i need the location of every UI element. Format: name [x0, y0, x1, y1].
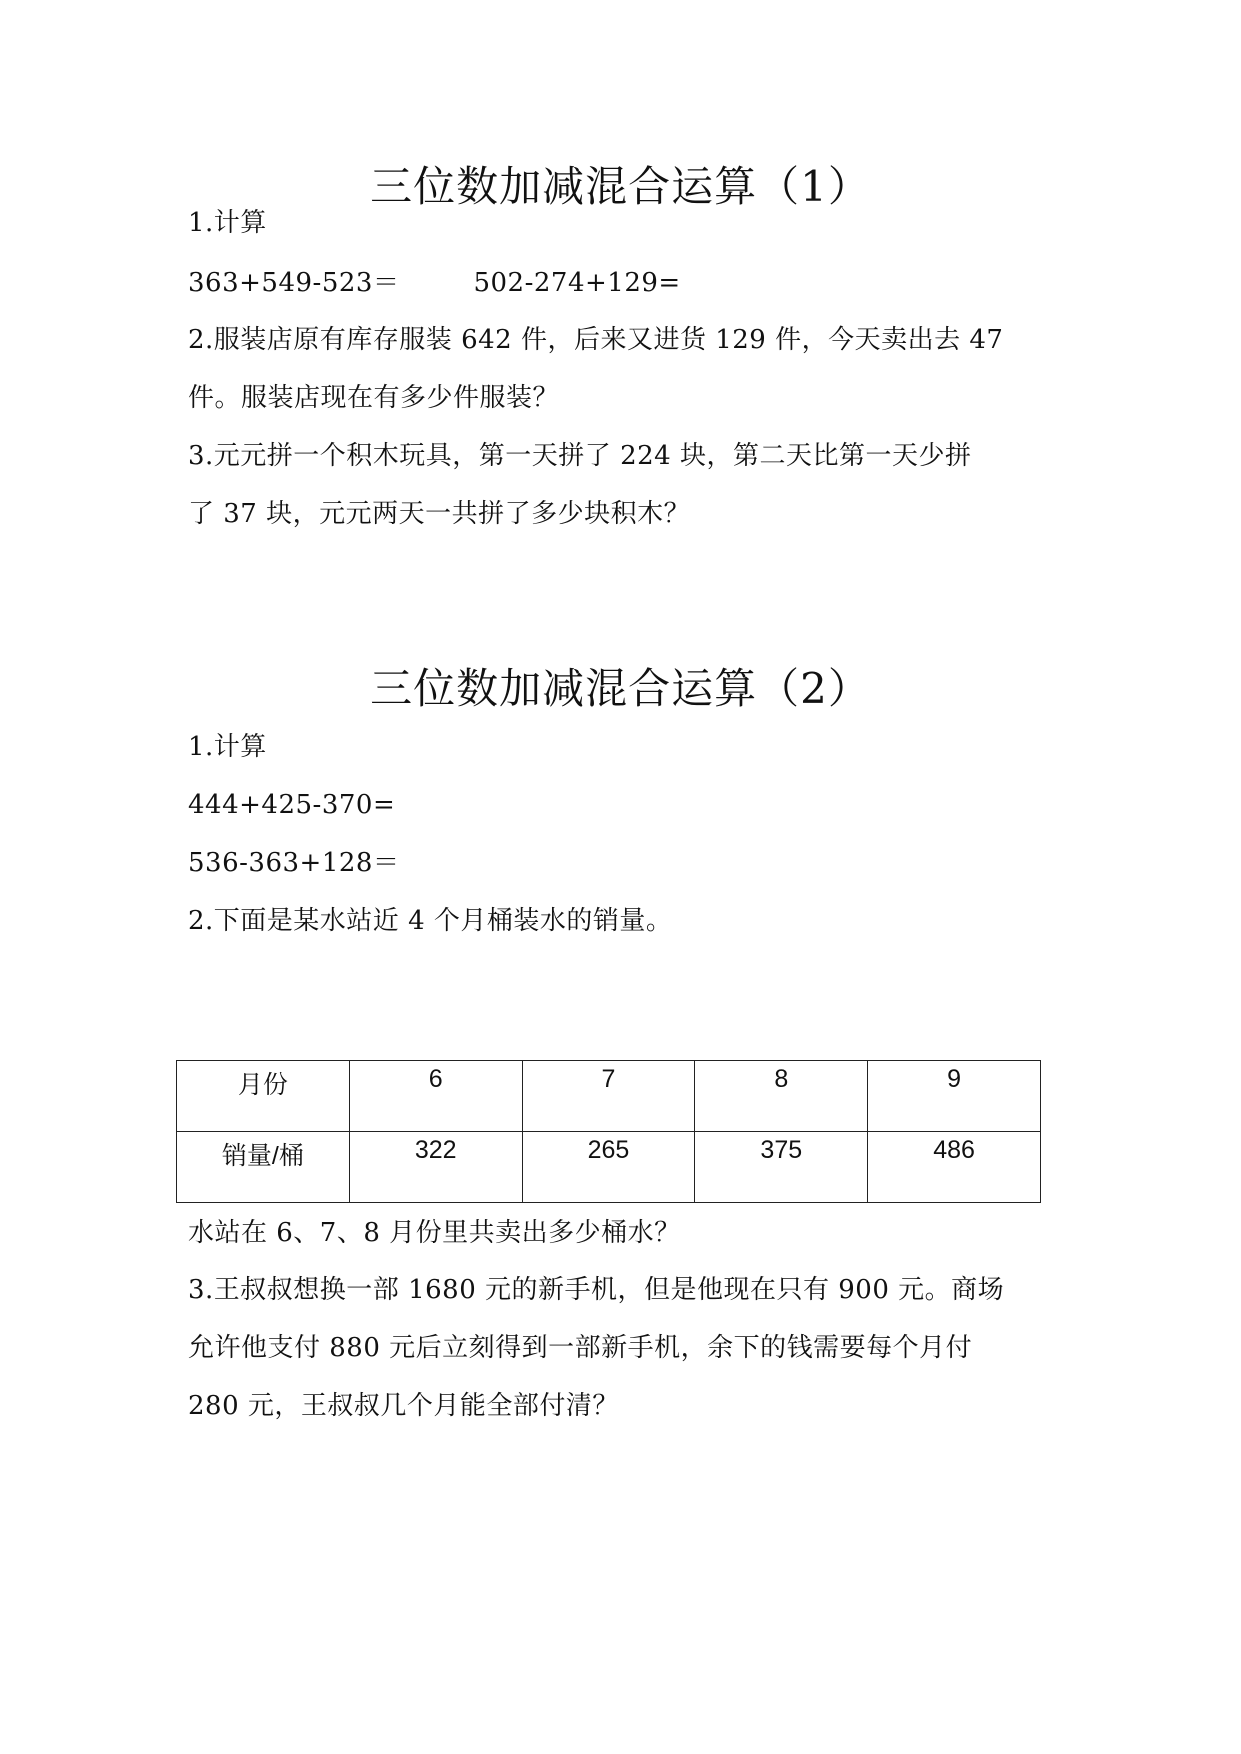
- ws2-q2-question: 水站在 6、7、8 月份里共卖出多少桶水？: [188, 1220, 681, 1246]
- ws1-q1-expression-b: 502-274+129=: [473, 268, 680, 298]
- ws2-q2-intro: 2.下面是某水站近 4 个月桶装水的销量。: [188, 908, 672, 934]
- ws1-q2-line-1: 2.服装店原有库存服装 642 件，后来又进货 129 件，今天卖出去 47: [188, 327, 1003, 353]
- table-row-months: 月份 6 7 8 9: [177, 1061, 1041, 1132]
- table-cell-sales: 375: [695, 1132, 868, 1203]
- table-header-label: 月份: [177, 1061, 350, 1132]
- table-cell-month: 9: [868, 1061, 1041, 1132]
- ws2-q1-expression-a: 444+425-370=: [188, 792, 395, 818]
- table-row-sales: 销量/桶 322 265 375 486: [177, 1132, 1041, 1203]
- table-cell-month: 7: [522, 1061, 695, 1132]
- worksheet-1-title: 三位数加减混合运算（1）: [0, 166, 1241, 208]
- ws2-q1-expression-b: 536-363+128＝: [188, 850, 399, 876]
- ws1-q3-line-1: 3.元元拼一个积木玩具，第一天拼了 224 块，第二天比第一天少拼: [188, 443, 971, 469]
- table-cell-sales: 486: [868, 1132, 1041, 1203]
- table-cell-month: 6: [349, 1061, 522, 1132]
- ws2-q1-label: 1.计算: [188, 734, 267, 760]
- ws1-q1-expression-a: 363+549-523＝: [188, 268, 399, 298]
- ws2-q3-line-2: 允许他支付 880 元后立刻得到一部新手机，余下的钱需要每个月付: [188, 1335, 972, 1361]
- ws2-q3-line-1: 3.王叔叔想换一部 1680 元的新手机，但是他现在只有 900 元。商场: [188, 1277, 1004, 1303]
- ws1-q2-line-2: 件。服装店现在有多少件服装？: [188, 385, 559, 411]
- ws1-q3-line-2: 了 37 块，元元两天一共拼了多少块积木？: [188, 501, 690, 527]
- ws2-q3-line-3: 280 元，王叔叔几个月能全部付清？: [188, 1393, 619, 1419]
- table-row-label: 销量/桶: [177, 1132, 350, 1203]
- table-cell-sales: 265: [522, 1132, 695, 1203]
- water-sales-table: 月份 6 7 8 9 销量/桶 322 265 375 486: [176, 1060, 1041, 1203]
- table-cell-sales: 322: [349, 1132, 522, 1203]
- table-cell-month: 8: [695, 1061, 868, 1132]
- ws1-q1-label: 1.计算: [188, 210, 267, 236]
- ws1-q1-expressions: 363+549-523＝502-274+129=: [188, 270, 681, 296]
- worksheet-2-title: 三位数加减混合运算（2）: [0, 668, 1241, 710]
